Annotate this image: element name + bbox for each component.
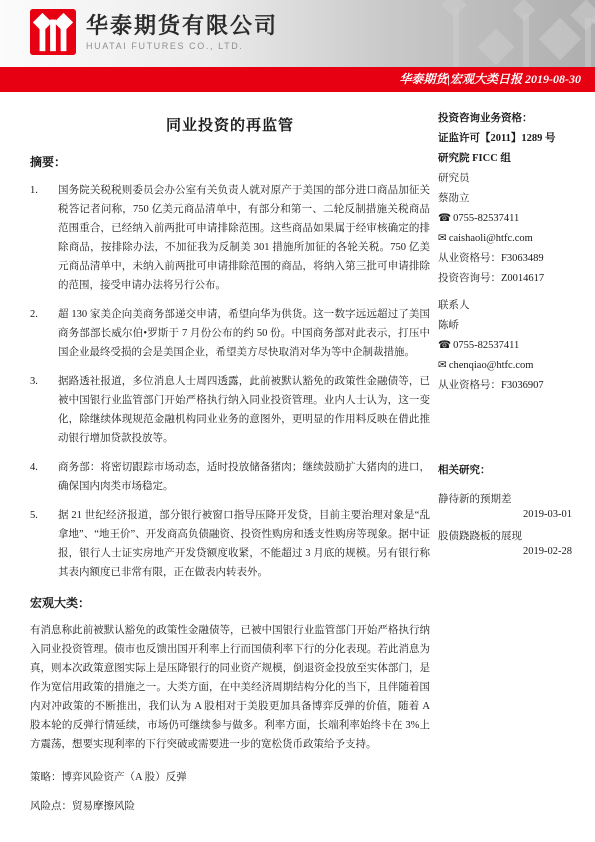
item-text: 国务院关税税则委员会办公室有关负责人就对原产于美国的部分进口商品加征关税答记者问…: [58, 181, 430, 295]
brand-text: 华泰期货有限公司 HUATAI FUTURES CO., LTD.: [86, 13, 278, 51]
advisory-number: Z0014617: [501, 273, 544, 284]
strategy-text: 博弈风险资产（A 股）反弹: [62, 772, 187, 783]
item-number: 2.: [30, 305, 58, 362]
contact-email: chenqiao@htfc.com: [449, 360, 534, 371]
researcher-phone: 0755-82537411: [453, 213, 519, 224]
researcher-role: 研究员: [438, 172, 572, 185]
abstract-heading: 摘要：: [30, 153, 430, 170]
researcher-cert-line: 从业资格号：F3063489: [438, 252, 572, 265]
email-icon: ✉: [438, 359, 447, 372]
related-item-date: 2019-03-01: [438, 508, 572, 521]
abstract-item: 3. 据路透社报道，多位消息人士周四透露，此前被默认豁免的政策性金融债等，已被中…: [30, 372, 430, 448]
report-page: 华泰期货有限公司 HUATAI FUTURES CO., LTD. 华泰期货|宏…: [0, 0, 595, 842]
item-text: 据路透社报道，多位消息人士周四透露，此前被默认豁免的政策性金融债等，已被中国银行…: [58, 372, 430, 448]
phone-icon: ☎: [438, 339, 451, 352]
item-number: 4.: [30, 458, 58, 496]
cert-number: F3036907: [501, 380, 544, 391]
risk-line: 风险点：贸易摩擦风险: [30, 797, 430, 816]
report-title: 同业投资的再监管: [30, 114, 430, 135]
abstract-item: 5. 据 21 世纪经济报道，部分银行被窗口指导压降开发贷，目前主要治理对象是“…: [30, 506, 430, 582]
banner-text: 华泰期货|宏观大类日报 2019-08-30: [399, 72, 581, 86]
contact-phone-line: ☎0755-82537411: [438, 339, 572, 352]
contact-email-line: ✉chenqiao@htfc.com: [438, 359, 572, 372]
strategy-line: 策略：博弈风险资产（A 股）反弹: [30, 768, 430, 787]
related-research-item: 静待新的预期差 2019-03-01: [438, 493, 572, 521]
macro-section-text: 有消息称此前被默认豁免的政策性金融债等，已被中国银行业监管部门开始严格执行纳入同…: [30, 621, 430, 754]
researcher-email-line: ✉caishaoli@htfc.com: [438, 232, 572, 245]
related-research-title: 相关研究：: [438, 464, 572, 477]
researcher-phone-line: ☎0755-82537411: [438, 212, 572, 225]
license-number: 证监许可【2011】1289 号: [438, 132, 572, 145]
main-content: 同业投资的再监管 摘要： 1. 国务院关税税则委员会办公室有关负责人就对原产于美…: [30, 110, 430, 826]
cert-number: F3063489: [501, 253, 544, 264]
institute-name: 研究院 FICC 组: [438, 152, 572, 165]
related-item-date: 2019-02-28: [438, 545, 572, 558]
contact-cert-line: 从业资格号：F3036907: [438, 379, 572, 392]
company-name-zh: 华泰期货有限公司: [86, 13, 278, 39]
researcher-name: 蔡劭立: [438, 192, 572, 205]
item-number: 3.: [30, 372, 58, 448]
related-item-title: 静待新的预期差: [438, 493, 572, 506]
contact-name: 陈峤: [438, 319, 572, 332]
researcher-email: caishaoli@htfc.com: [449, 233, 533, 244]
abstract-item: 1. 国务院关税税则委员会办公室有关负责人就对原产于美国的部分进口商品加征关税答…: [30, 181, 430, 295]
qualification-title: 投资咨询业务资格：: [438, 112, 572, 125]
related-research-item: 股债跷跷板的展现 2019-02-28: [438, 530, 572, 558]
risk-text: 贸易摩擦风险: [72, 801, 135, 812]
huatai-logo-icon: [30, 9, 76, 55]
advisory-label: 投资咨询号：: [438, 273, 501, 284]
risk-label: 风险点：: [30, 801, 72, 812]
brand: 华泰期货有限公司 HUATAI FUTURES CO., LTD.: [30, 9, 278, 55]
item-text: 据 21 世纪经济报道，部分银行被窗口指导压降开发贷，目前主要治理对象是“乱拿地…: [58, 506, 430, 582]
abstract-item: 2. 超 130 家美企向美商务部递交申请，希望向华为供货。这一数字远远超过了美…: [30, 305, 430, 362]
contact-phone: 0755-82537411: [453, 340, 519, 351]
header-decoration: [335, 0, 595, 67]
page-header: 华泰期货有限公司 HUATAI FUTURES CO., LTD.: [0, 0, 595, 67]
cert-label: 从业资格号：: [438, 380, 501, 391]
item-number: 1.: [30, 181, 58, 295]
company-name-en: HUATAI FUTURES CO., LTD.: [86, 41, 278, 51]
item-number: 5.: [30, 506, 58, 582]
cert-label: 从业资格号：: [438, 253, 501, 264]
contact-role: 联系人: [438, 299, 572, 312]
strategy-label: 策略：: [30, 772, 62, 783]
item-text: 超 130 家美企向美商务部递交申请，希望向华为供货。这一数字远远超过了美国商务…: [58, 305, 430, 362]
phone-icon: ☎: [438, 212, 451, 225]
macro-section-heading: 宏观大类：: [30, 594, 430, 611]
item-text: 商务部：将密切跟踪市场动态，适时投放储备猪肉；继续鼓励扩大猪肉的进口，确保国内肉…: [58, 458, 430, 496]
related-item-title: 股债跷跷板的展现: [438, 530, 572, 543]
email-icon: ✉: [438, 232, 447, 245]
report-banner: 华泰期货|宏观大类日报 2019-08-30: [0, 67, 595, 92]
abstract-item: 4. 商务部：将密切跟踪市场动态，适时投放储备猪肉；继续鼓励扩大猪肉的进口，确保…: [30, 458, 430, 496]
researcher-advisory-line: 投资咨询号：Z0014617: [438, 272, 572, 285]
info-sidebar: 投资咨询业务资格： 证监许可【2011】1289 号 研究院 FICC 组 研究…: [438, 112, 572, 567]
